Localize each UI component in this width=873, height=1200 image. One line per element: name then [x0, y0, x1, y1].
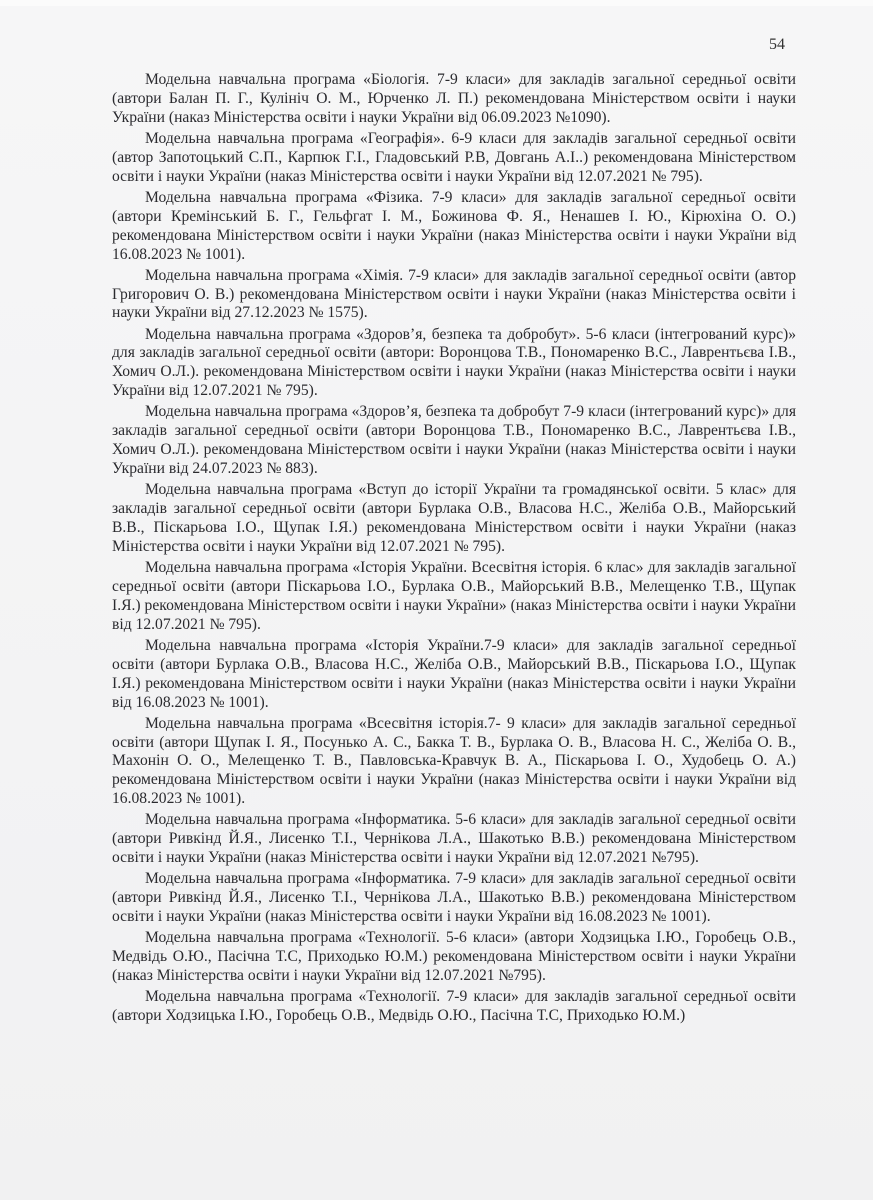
paragraph-technology-7-9: Модельна навчальна програма «Технології.…: [112, 988, 796, 1026]
scan-top-edge: [0, 0, 873, 6]
paragraph-geography: Модельна навчальна програма «Географія».…: [112, 130, 796, 187]
paragraph-physics: Модельна навчальна програма «Фізика. 7-9…: [112, 189, 796, 265]
paragraph-history-ukraine-7-9: Модельна навчальна програма «Історія Укр…: [112, 637, 796, 713]
paragraph-health-5-6: Модельна навчальна програма «Здоров’я, б…: [112, 326, 796, 402]
document-page: 54 Модельна навчальна програма «Біологія…: [0, 0, 873, 1200]
paragraph-informatics-5-6: Модельна навчальна програма «Інформатика…: [112, 811, 796, 868]
paragraph-chemistry: Модельна навчальна програма «Хімія. 7-9 …: [112, 267, 796, 324]
paragraph-intro-history: Модельна навчальна програма «Вступ до іс…: [112, 481, 796, 557]
document-body: Модельна навчальна програма «Біологія. 7…: [112, 71, 796, 1028]
paragraph-history-6: Модельна навчальна програма «Історія Укр…: [112, 559, 796, 635]
paragraph-technology-5-6: Модельна навчальна програма «Технології.…: [112, 929, 796, 986]
paragraph-biology: Модельна навчальна програма «Біологія. 7…: [112, 71, 796, 128]
paragraph-informatics-7-9: Модельна навчальна програма «Інформатика…: [112, 870, 796, 927]
paragraph-health-7-9: Модельна навчальна програма «Здоров’я, б…: [112, 403, 796, 479]
paragraph-world-history-7-9: Модельна навчальна програма «Всесвітня і…: [112, 715, 796, 810]
page-number: 54: [769, 36, 785, 54]
